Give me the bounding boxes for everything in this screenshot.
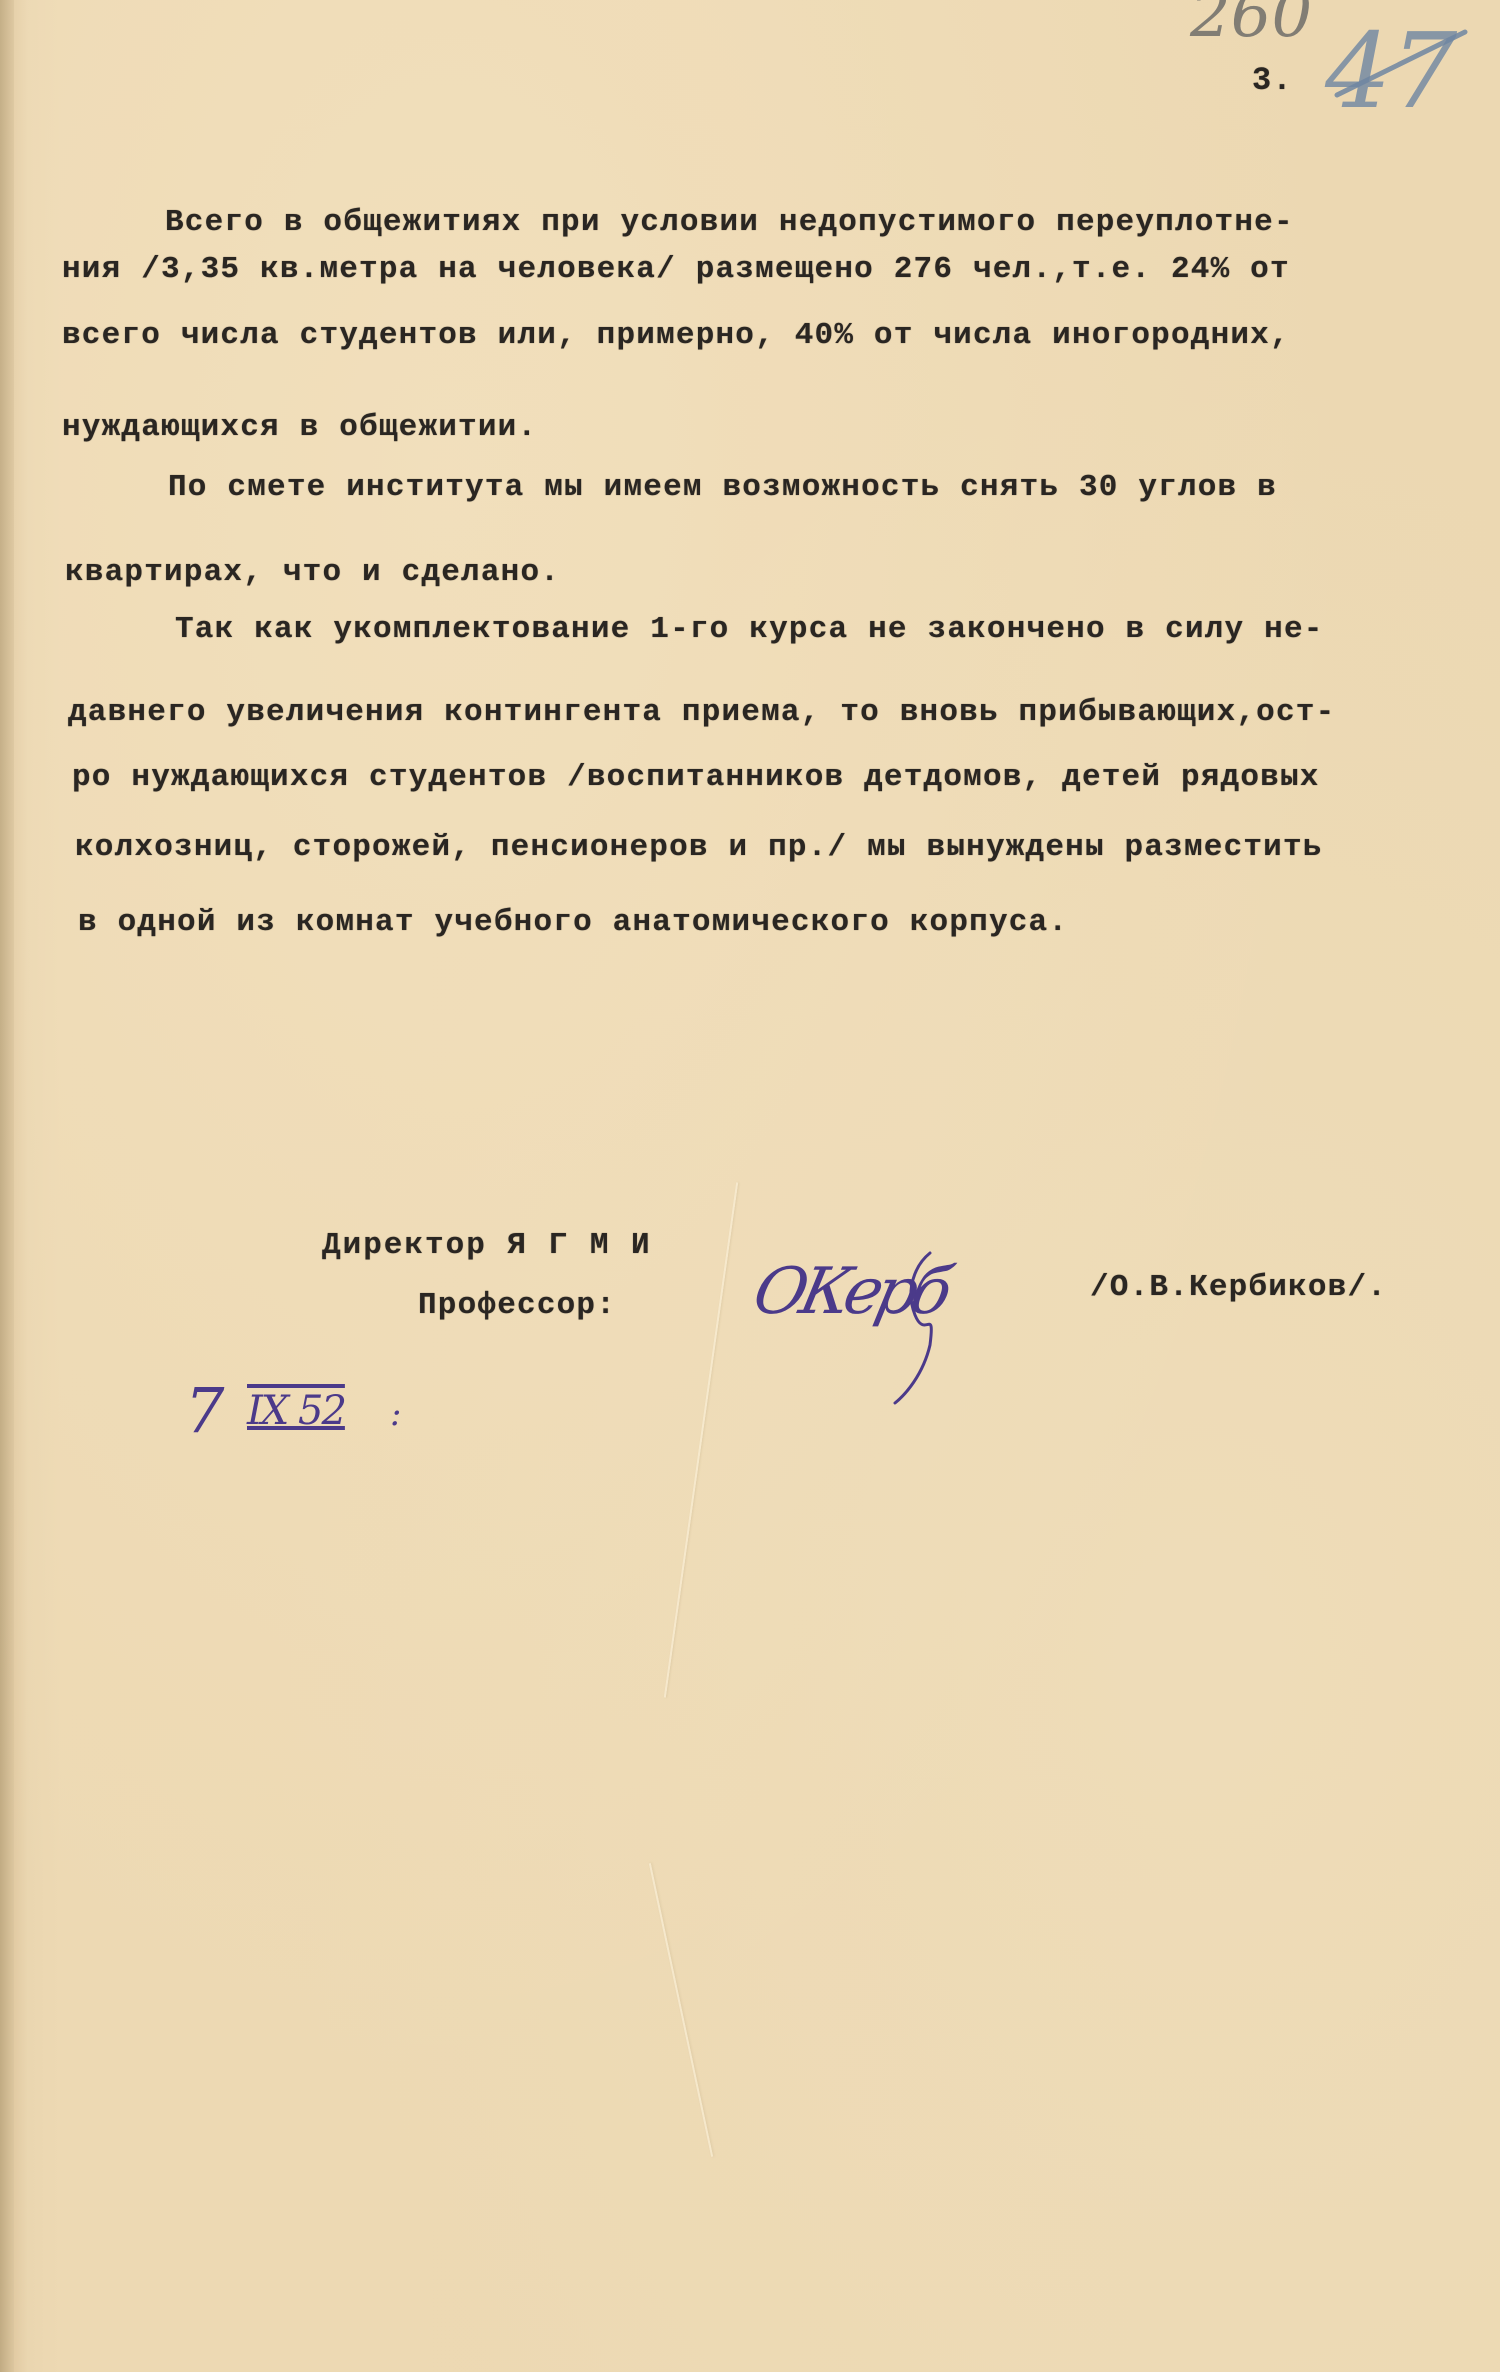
- paper-crease: [649, 1863, 713, 2157]
- handwritten-date: 7 IX 52 :: [185, 1380, 425, 1460]
- typed-page-number: 3.: [1252, 62, 1293, 99]
- date-month-year: IX 52: [247, 1388, 345, 1434]
- paragraph-3-line-5: в одной из комнат учебного анатомическог…: [78, 905, 1068, 940]
- signature-flourish-icon: [755, 1245, 975, 1405]
- paragraph-1-line-2: ния /3,35 кв.метра на человека/ размещен…: [62, 252, 1290, 287]
- date-colon: :: [390, 1394, 401, 1434]
- date-day: 7: [185, 1374, 224, 1447]
- director-title: Директор Я Г М И: [322, 1228, 652, 1263]
- paragraph-1-line-1: Всего в общежитиях при условии недопусти…: [165, 205, 1294, 240]
- paragraph-2-line-2: квартирах, что и сделано.: [65, 555, 560, 590]
- professor-title: Профессор:: [418, 1288, 616, 1323]
- printed-name: /О.В.Кербиков/.: [1090, 1270, 1387, 1305]
- paragraph-3-line-3: ро нуждающихся студентов /воспитанников …: [72, 760, 1320, 795]
- paragraph-3-line-1: Так как укомплектование 1-го курса не за…: [175, 612, 1324, 647]
- paragraph-3-line-2: давнего увеличения контингента приема, т…: [68, 695, 1335, 730]
- crossed-old-sheet-number: 47: [1325, 20, 1475, 150]
- handwritten-signature: ОКерб: [755, 1245, 975, 1405]
- paragraph-3-line-4: колхозниц, сторожей, пенсионеров и пр./ …: [75, 830, 1323, 865]
- strike-through-icon: [1325, 20, 1475, 150]
- binding-edge: [0, 0, 14, 2372]
- archive-sheet-number: 260: [1190, 0, 1312, 52]
- paragraph-1-line-4: нуждающихся в общежитии.: [62, 410, 537, 445]
- paragraph-1-line-3: всего числа студентов или, примерно, 40%…: [62, 318, 1290, 353]
- paragraph-2-line-1: По смете института мы имеем возможность …: [168, 470, 1277, 505]
- paper-crease: [664, 1182, 738, 1697]
